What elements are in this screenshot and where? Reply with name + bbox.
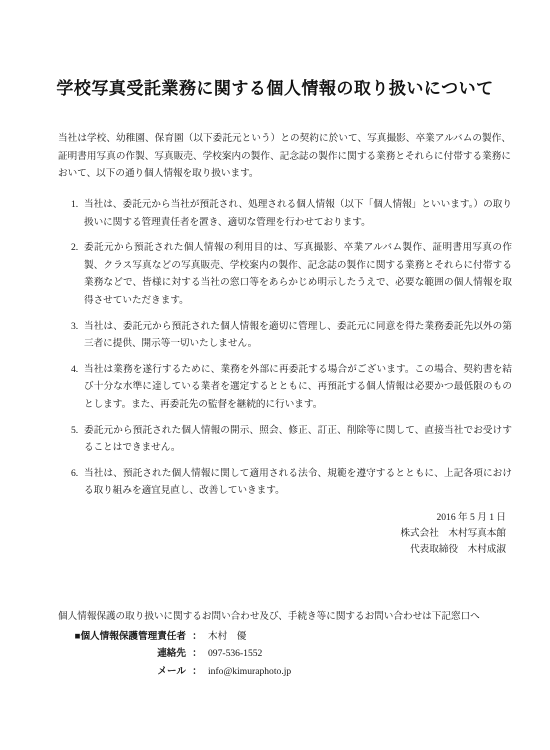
contact-label: ■個人情報保護管理責任者 (58, 628, 186, 645)
item-number: 2. (71, 239, 78, 257)
contact-block: ■個人情報保護管理責任者 ： 木村 優 連絡先 ： 097-536-1552 メ… (58, 628, 514, 680)
policy-item-1: 1. 当社は、委託元から当社が預託され、処理される個人情報（以下「個人情報」とい… (58, 196, 512, 231)
contact-label: メール (58, 663, 186, 680)
item-number: 1. (71, 196, 78, 214)
policy-item-4: 4. 当社は業務を遂行するために、業務を外部に再委託する場合がございます。この場… (58, 361, 512, 414)
signature-block: 2016 年 5 月 1 日 株式会社 木村写真本館 代表取締役 木村成淑 (400, 510, 506, 557)
signature-representative: 代表取締役 木村成淑 (400, 542, 506, 558)
contact-separator: ： (186, 628, 208, 645)
intro-paragraph: 当社は学校、幼稚園、保育園（以下委託元という）との契約に於いて、写真撮影、卒業ア… (58, 130, 511, 183)
policy-item-3: 3. 当社は、委託元から預託された個人情報を適切に管理し、委託元に同意を得た業務… (58, 318, 512, 353)
contact-value: info@kimuraphoto.jp (208, 663, 514, 680)
contact-label: 連絡先 (58, 645, 186, 662)
policy-item-6: 6. 当社は、預託された個人情報に関して適用される法令、規範を遵守するとともに、… (58, 465, 512, 500)
item-text: 当社は、預託された個人情報に関して適用される法令、規範を遵守するとともに、上記各… (84, 468, 512, 497)
item-text: 当社は、委託元から預託された個人情報を適切に管理し、委託元に同意を得た業務委託先… (84, 321, 512, 350)
signature-date: 2016 年 5 月 1 日 (400, 510, 506, 526)
item-text: 当社は業務を遂行するために、業務を外部に再委託する場合がございます。この場合、契… (84, 364, 512, 410)
policy-list: 1. 当社は、委託元から当社が預託され、処理される個人情報（以下「個人情報」とい… (58, 196, 514, 508)
item-text: 当社は、委託元から当社が預託され、処理される個人情報（以下「個人情報」といいます… (84, 199, 512, 228)
contact-separator: ： (186, 645, 208, 662)
contact-row-phone: 連絡先 ： 097-536-1552 (58, 645, 514, 662)
item-text: 委託元から預託された個人情報の利用目的は、写真撮影、卒業アルバム製作、証明書用写… (84, 242, 512, 306)
policy-item-2: 2. 委託元から預託された個人情報の利用目的は、写真撮影、卒業アルバム製作、証明… (58, 239, 512, 309)
item-number: 5. (71, 422, 78, 440)
document-page: 学校写真受託業務に関する個人情報の取り扱いについて 当社は学校、幼稚園、保育園（… (0, 0, 550, 750)
contact-value: 097-536-1552 (208, 645, 514, 662)
signature-company: 株式会社 木村写真本館 (400, 526, 506, 542)
item-text: 委託元から預託された個人情報の開示、照会、修正、訂正、削除等に関して、直接当社で… (84, 425, 512, 454)
contact-row-email: メール ： info@kimuraphoto.jp (58, 663, 514, 680)
contact-separator: ： (186, 663, 208, 680)
page-title: 学校写真受託業務に関する個人情報の取り扱いについて (0, 74, 550, 99)
policy-item-5: 5. 委託元から預託された個人情報の開示、照会、修正、訂正、削除等に関して、直接… (58, 422, 512, 457)
item-number: 3. (71, 318, 78, 336)
contact-intro: 個人情報保護の取り扱いに関するお問い合わせ及び、手続き等に関するお問い合わせは下… (58, 608, 514, 626)
contact-row-manager: ■個人情報保護管理責任者 ： 木村 優 (58, 628, 514, 645)
contact-value: 木村 優 (208, 628, 514, 645)
item-number: 6. (71, 465, 78, 483)
item-number: 4. (71, 361, 78, 379)
